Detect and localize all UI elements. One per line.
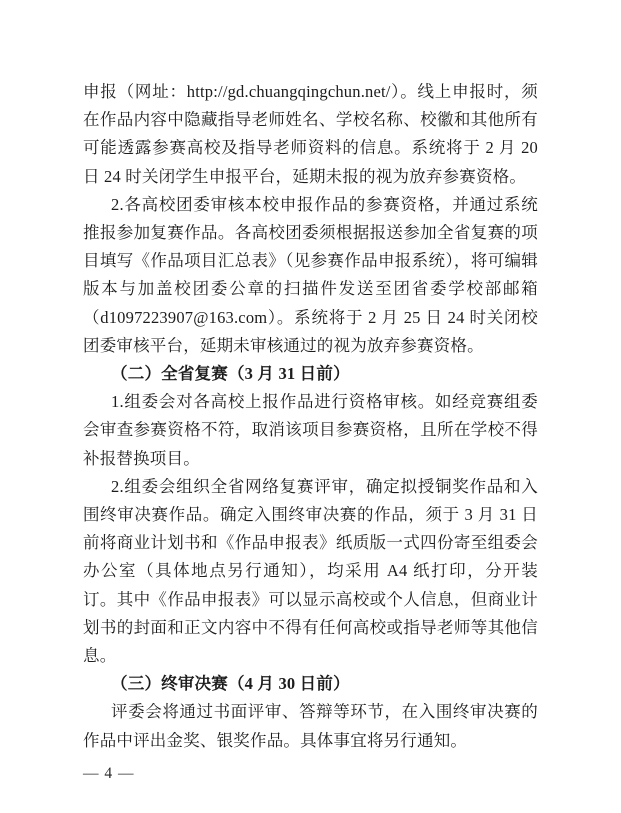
section-heading-final-review: （三）终审决赛（4 月 30 日前）: [83, 670, 538, 698]
paragraph-online-semifinal-judging: 2.组委会组织全省网络复赛评审，确定拟授铜奖作品和入围终审决赛作品。确定入围终审…: [83, 473, 538, 670]
page-number: — 4 —: [83, 764, 135, 784]
paragraph-university-league-review: 2.各高校团委审核本校申报作品的参赛资格，并通过系统推报参加复赛作品。各高校团委…: [83, 191, 538, 360]
paragraph-application-continuation: 申报（网址：http://gd.chuangqingchun.net/）。线上申…: [83, 78, 538, 191]
paragraph-final-judging-process: 评委会将通过书面评审、答辩等环节，在入围终审决赛的作品中评出金奖、银奖作品。具体…: [83, 698, 538, 754]
paragraph-qualification-review: 1.组委会对各高校上报作品进行资格审核。如经竞赛组委会审查参赛资格不符，取消该项…: [83, 388, 538, 473]
document-body: 申报（网址：http://gd.chuangqingchun.net/）。线上申…: [83, 78, 538, 755]
section-heading-provincial-semifinal: （二）全省复赛（3 月 31 日前）: [83, 360, 538, 388]
scanned-document-page: 申报（网址：http://gd.chuangqingchun.net/）。线上申…: [0, 0, 621, 813]
